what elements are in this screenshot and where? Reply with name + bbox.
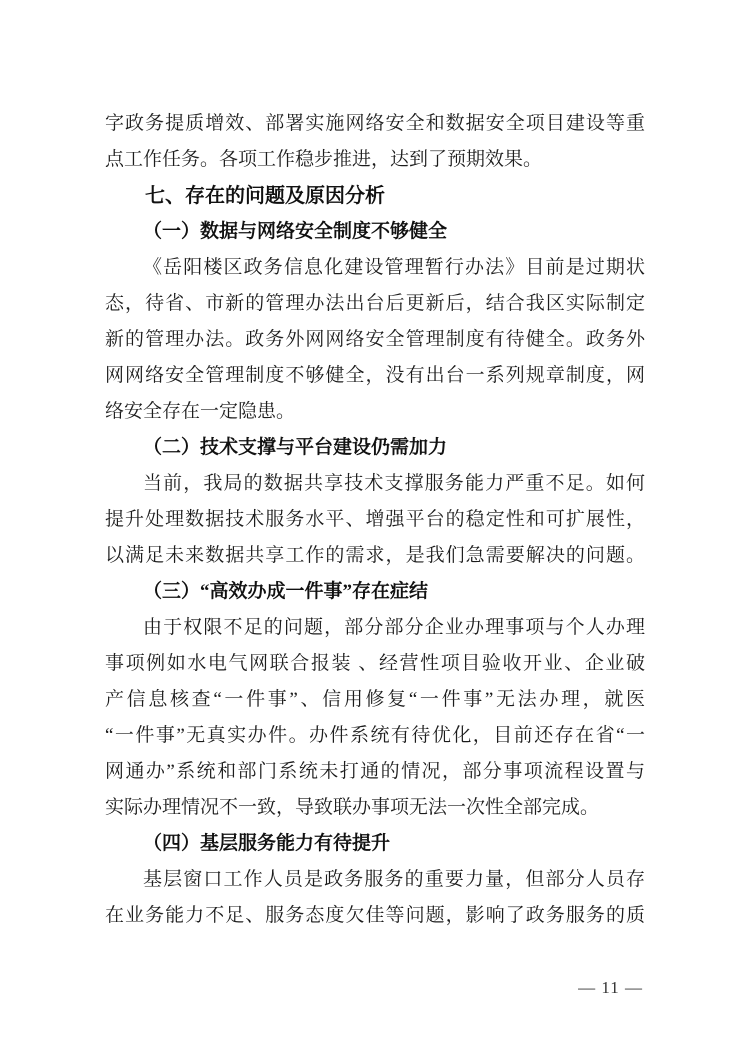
text-line: 基层窗口工作人员是政务服务的重要力量，但部分人员存 — [105, 862, 645, 898]
subsection-heading: （二）技术支撑与平台建设仍需加力 — [105, 430, 645, 466]
text-line: 《岳阳楼区政务信息化建设管理暂行办法》目前是过期状 — [105, 250, 645, 286]
text-line: 新的管理办法。政务外网网络安全管理制度有待健全。政务外 — [105, 322, 645, 358]
page-number: — 11 — — [578, 978, 643, 998]
text-line: 字政务提质增效、部署实施网络安全和数据安全项目建设等重 — [105, 106, 645, 142]
text-line: 网通办”系统和部门系统未打通的情况，部分事项流程设置与 — [105, 754, 645, 790]
text-line: 实际办理情况不一致，导致联办事项无法一次性全部完成。 — [105, 790, 645, 826]
subsection-heading: （四）基层服务能力有待提升 — [105, 826, 645, 862]
document-page: 字政务提质增效、部署实施网络安全和数据安全项目建设等重 点工作任务。各项工作稳步… — [0, 0, 750, 1061]
text-line: 络安全存在一定隐患。 — [105, 394, 645, 430]
subsection-heading: （一）数据与网络安全制度不够健全 — [105, 214, 645, 250]
text-line: 点工作任务。各项工作稳步推进，达到了预期效果。 — [105, 142, 645, 178]
text-line: “一件事”无真实办件。办件系统有待优化，目前还存在省“一 — [105, 718, 645, 754]
text-line: 由于权限不足的问题，部分部分企业办理事项与个人办理 — [105, 610, 645, 646]
text-line: 产信息核查“一件事”、信用修复“一件事”无法办理，就医 — [105, 682, 645, 718]
text-line: 态，待省、市新的管理办法出台后更新后，结合我区实际制定 — [105, 286, 645, 322]
text-line: 以满足未来数据共享工作的需求，是我们急需要解决的问题。 — [105, 538, 645, 574]
text-line: 当前，我局的数据共享技术支撑服务能力严重不足。如何 — [105, 466, 645, 502]
text-line: 提升处理数据技术服务水平、增强平台的稳定性和可扩展性， — [105, 502, 645, 538]
section-heading: 七、存在的问题及原因分析 — [105, 178, 645, 214]
text-line: 网网络安全管理制度不够健全，没有出台一系列规章制度，网 — [105, 358, 645, 394]
subsection-heading: （三）“高效办成一件事”存在症结 — [105, 574, 645, 610]
document-body: 字政务提质增效、部署实施网络安全和数据安全项目建设等重 点工作任务。各项工作稳步… — [105, 106, 645, 934]
text-line: 在业务能力不足、服务态度欠佳等问题，影响了政务服务的质 — [105, 898, 645, 934]
text-line: 事项例如水电气网联合报装 、经营性项目验收开业、企业破 — [105, 646, 645, 682]
